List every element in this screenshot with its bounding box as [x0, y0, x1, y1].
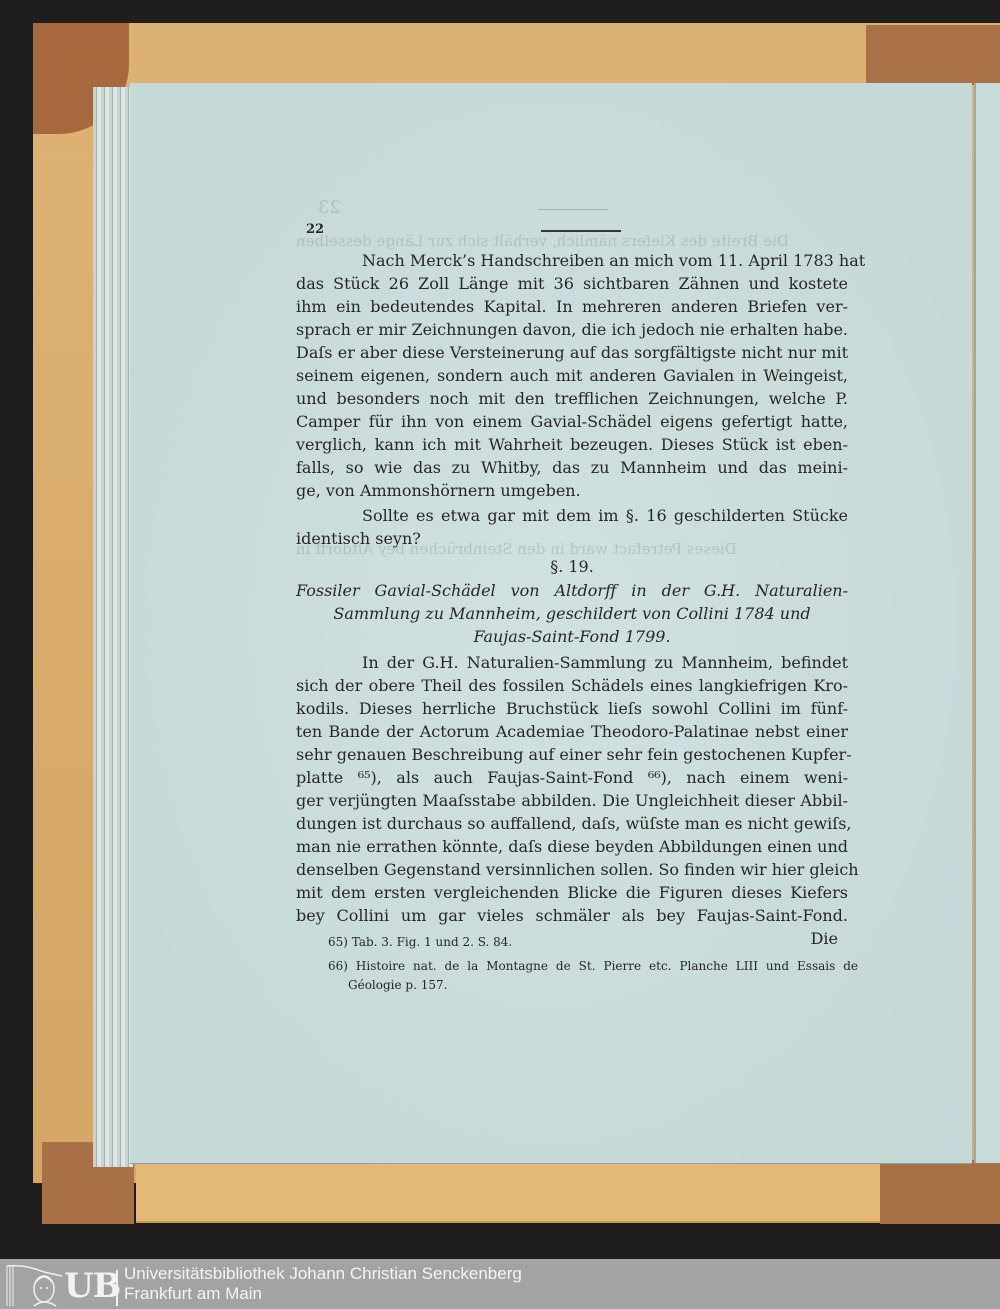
paragraph-line: und besonders noch mit den trefflichen Z…: [296, 387, 848, 410]
paragraph-line: platte ⁶⁵), als auch Faujas-Saint-Fond ⁶…: [296, 766, 848, 789]
paragraph-line: denselben Gegenstand versinnlichen solle…: [296, 858, 848, 881]
page-number: 22: [306, 222, 324, 237]
paragraph-line: seinem eigenen, sondern auch mit anderen…: [296, 364, 848, 387]
section-title-line: Fossiler Gavial-Schädel von Altdorff in …: [296, 579, 848, 602]
adjacent-page-edge: [974, 83, 1000, 1163]
library-logo: UB: [4, 1262, 116, 1307]
paragraph-line: identisch seyn?: [296, 527, 848, 550]
paragraph-line: ge, von Ammonshörnern umgeben.: [296, 479, 848, 502]
paragraph-line: falls, so wie das zu Whitby, das zu Mann…: [296, 456, 848, 479]
cover-leather-strip: [866, 25, 1000, 85]
library-name-line2: Frankfurt am Main: [124, 1284, 522, 1304]
paragraph-line: verglich, kann ich mit Wahrheit bezeugen…: [296, 433, 848, 456]
paragraph-line: sprach er mir Zeichnungen davon, die ich…: [296, 318, 848, 341]
library-name: Universitätsbibliothek Johann Christian …: [124, 1264, 522, 1304]
section-number: §. 19.: [296, 555, 848, 578]
logo-divider: [116, 1270, 118, 1306]
paragraph-line: mit dem ersten vergleichenden Blicke die…: [296, 881, 848, 904]
paragraph-line: ger verjüngten Maaſsstabe abbilden. Die …: [296, 789, 848, 812]
book-cover-bottom-edge: [136, 1163, 888, 1223]
library-banner: UB Universitätsbibliothek Johann Christi…: [0, 1259, 1000, 1309]
bleed-through-page-number: 23: [318, 197, 341, 218]
logo-text: UB: [64, 1266, 120, 1306]
bleed-through-rule: [538, 209, 608, 210]
paragraph-line: sehr genauen Beschreibung auf einer sehr…: [296, 743, 848, 766]
paragraph-line: dungen ist durchaus so auffallend, daſs,…: [296, 812, 848, 835]
section-title-line: Faujas-Saint-Fond 1799.: [296, 625, 848, 648]
paragraph-line: Nach Merck’s Handschreiben an mich vom 1…: [296, 249, 848, 272]
paragraph-line: ihm ein bedeutendes Kapital. In mehreren…: [296, 295, 848, 318]
paragraph-line: kodils. Dieses herrliche Bruchstück lieſ…: [296, 697, 848, 720]
footnote-66-continued: Géologie p. 157.: [348, 975, 878, 995]
bleed-through-text: Die Breite des Kiefers nämlich, verhält …: [296, 232, 789, 250]
cover-leather-corner: [880, 1160, 1000, 1224]
portrait-icon: [4, 1262, 64, 1307]
paragraph-line: ten Bande der Actorum Academiae Theodoro…: [296, 720, 848, 743]
paragraph-line: Camper für ihn von einem Gavial-Schädel …: [296, 410, 848, 433]
page-stack-edges: [93, 87, 133, 1167]
paragraph-line: man nie errathen könnte, daſs diese beyd…: [296, 835, 848, 858]
paragraph-line: Sollte es etwa gar mit dem im §. 16 gesc…: [296, 504, 848, 527]
paragraph-line: Daſs er aber diese Versteinerung auf das…: [296, 341, 848, 364]
paragraph-line: das Stück 26 Zoll Länge mit 36 sichtbare…: [296, 272, 848, 295]
paragraph-line: sich der obere Theil des fossilen Schäde…: [296, 674, 848, 697]
footnote-65: 65) Tab. 3. Fig. 1 und 2. S. 84.: [328, 932, 858, 952]
paragraph-line: bey Collini um gar vieles schmäler als b…: [296, 904, 848, 927]
section-title-line: Sammlung zu Mannheim, geschildert von Co…: [296, 602, 848, 625]
paragraph-line: In der G.H. Naturalien-Sammlung zu Mannh…: [296, 651, 848, 674]
footnote-66: 66) Histoire nat. de la Montagne de St. …: [328, 956, 858, 976]
header-rule: [541, 230, 621, 232]
library-name-line1: Universitätsbibliothek Johann Christian …: [124, 1264, 522, 1284]
